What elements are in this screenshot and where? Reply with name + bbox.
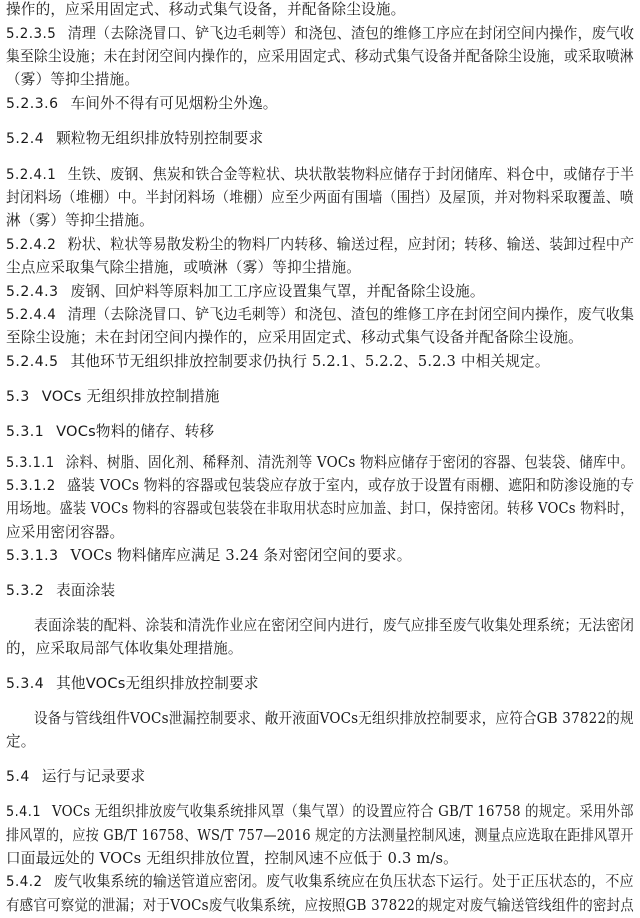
clause-number: 5.3.4 — [6, 676, 44, 692]
paragraph-line: 有感官可察觉的泄漏；对于VOCs废气收集系统，应按照GB 37822的规定对废气… — [6, 896, 587, 916]
paragraph-line: （雾）等抑尘措施。 — [6, 70, 634, 90]
clause-number: 5.2.4.2 — [6, 237, 56, 253]
clause-number: 5.3 — [6, 389, 30, 405]
clause-number: 5.2.4.3 — [6, 284, 58, 300]
line-text: 至除尘设施；未在封闭空间内操作的，应采用固定式、移动式集气设备并配备除尘设施。 — [6, 329, 583, 346]
clause-number: 5.2.4.4 — [6, 307, 56, 323]
line-text: VOCs 物料储库应满足 3.24 条对密闭空间的要求。 — [70, 547, 411, 564]
line-text: VOCs 无组织排放废气收集系统排风罩（集气罩）的设置应符合 GB/T 1675… — [52, 803, 634, 820]
line-text: 有感官可察觉的泄漏；对于VOCs废气收集系统，应按照GB 37822的规定对废气… — [6, 897, 634, 914]
paragraph-line: 尘点应采取集气除尘措施，或喷淋（雾）等抑尘措施。 — [6, 258, 634, 278]
line-text: 操作的，应采用固定式、移动式集气设备，并配备除尘设施。 — [6, 1, 405, 18]
clause-number: 5.2.3.6 — [6, 96, 58, 112]
line-text: 尘点应采取集气除尘措施，或喷淋（雾）等抑尘措施。 — [6, 259, 361, 276]
clause-number: 5.4 — [6, 769, 30, 785]
paragraph-line: 淋（雾）等抑尘措施。 — [6, 211, 634, 231]
paragraph-line: 定。 — [6, 732, 634, 752]
paragraph-line: 5.2.4.1生铁、废钢、焦炭和铁合金等粒状、块状散装物料应储存于封闭储库、料仓… — [6, 165, 607, 185]
section-heading: 5.3VOCs 无组织排放控制措施 — [6, 387, 634, 407]
line-text: 生铁、废钢、焦炭和铁合金等粒状、块状散装物料应储存于封闭储库、料仓中，或储存于半 — [68, 166, 634, 183]
line-text: 设备与管线组件VOCs泄漏控制要求、敞开液面VOCs无组织排放控制要求，应符合G… — [34, 710, 634, 727]
clause-number: 5.3.1.2 — [6, 478, 56, 494]
paragraph-line: 5.2.4.5其他环节无组织排放控制要求仍执行 5.2.1、5.2.2、5.2.… — [6, 352, 634, 372]
heading-title: 颗粒物无组织排放特别控制要求 — [56, 130, 263, 147]
paragraph-line: 5.2.4.3废钢、回炉料等原料加工工序应设置集气罩，并配备除尘设施。 — [6, 282, 634, 302]
clause-number: 5.2.4.1 — [6, 167, 56, 183]
section-heading: 5.4运行与记录要求 — [6, 767, 634, 787]
paragraph-line: 表面涂装的配料、涂装和清洗作业应在密闭空间内进行，废气应排至废气收集处理系统；无… — [34, 616, 600, 636]
paragraph-line: 5.2.4.2粉状、粒状等易散发粉尘的物料厂内转移、输送过程，应封闭；转移、输送… — [6, 235, 607, 255]
paragraph-line: 设备与管线组件VOCs泄漏控制要求、敞开液面VOCs无组织排放控制要求，应符合G… — [34, 709, 590, 729]
line-text: 粉状、粒状等易散发粉尘的物料厂内转移、输送过程，应封闭；转移、输送、装卸过程中产 — [68, 236, 634, 253]
clause-number: 5.3.2 — [6, 583, 44, 599]
heading-title: VOCs 无组织排放控制措施 — [42, 388, 220, 405]
line-text: 其他环节无组织排放控制要求仍执行 5.2.1、5.2.2、5.2.3 中相关规定… — [70, 353, 549, 370]
line-text: 定。 — [6, 733, 36, 750]
line-text: 应采用密闭容器。 — [6, 524, 124, 541]
line-text: 集至除尘设施；未在封闭空间内操作的，应采用固定式、移动式集气设备并配备除尘设施，… — [6, 48, 634, 65]
line-text: （雾）等抑尘措施。 — [6, 71, 139, 88]
paragraph-line: 5.2.3.5清理（去除浇冒口、铲飞边毛刺等）和浇包、渣包的维修工序应在封闭空间… — [6, 24, 607, 44]
paragraph-line: 应采用密闭容器。 — [6, 523, 634, 543]
heading-title: 其他VOCs无组织排放控制要求 — [56, 675, 259, 692]
clause-number: 5.4.1 — [6, 804, 41, 820]
line-text: 表面涂装的配料、涂装和清洗作业应在密闭空间内进行，废气应排至废气收集处理系统；无… — [34, 617, 634, 634]
clause-number: 5.2.3.5 — [6, 26, 56, 42]
line-text: 淋（雾）等抑尘措施。 — [6, 212, 154, 229]
paragraph-line: 5.4.1VOCs 无组织排放废气收集系统排风罩（集气罩）的设置应符合 GB/T… — [6, 802, 582, 822]
clause-number: 5.4.2 — [6, 874, 42, 890]
paragraph-line: 至除尘设施；未在封闭空间内操作的，应采用固定式、移动式集气设备并配备除尘设施。 — [6, 328, 634, 348]
section-heading: 5.2.4颗粒物无组织排放特别控制要求 — [6, 129, 634, 149]
clause-number: 5.3.1.1 — [6, 455, 55, 471]
paragraph-line: 排风罩的，应按 GB/T 16758、WS/T 757—2016 规定的方法测量… — [6, 826, 569, 846]
line-text: 用场地。盛装 VOCs 物料的容器或包装袋在非取用状态时应加盖、封口，保持密闭。… — [6, 500, 634, 517]
line-text: 废气收集系统的输送管道应密闭。废气收集系统应在负压状态下运行。处于正压状态的，不… — [54, 873, 634, 890]
paragraph-line: 的，应采取局部气体收集处理措施。 — [6, 639, 634, 659]
line-text: 清理（去除浇冒口、铲飞边毛刺等）和浇包、渣包的维修工序应在封闭空间内操作，废气收 — [68, 25, 634, 42]
line-text: 盛装 VOCs 物料的容器或包装袋应存放于室内，或存放于设置有雨棚、遮阳和防渗设… — [67, 477, 634, 494]
heading-title: 表面涂装 — [56, 582, 115, 599]
line-text: 车间外不得有可见烟粉尘外逸。 — [70, 95, 277, 112]
clause-number: 5.2.4.5 — [6, 354, 58, 370]
clause-number: 5.2.4 — [6, 131, 44, 147]
line-text: 的，应采取局部气体收集处理措施。 — [6, 640, 243, 657]
paragraph-line: 5.2.4.4清理（去除浇冒口、铲飞边毛刺等）和浇包、渣包的维修工序在封闭空间内… — [6, 305, 607, 325]
line-text: 涂料、树脂、固化剂、稀释剂、清洗剂等 VOCs 物料应储存于密闭的容器、包装袋、… — [66, 454, 634, 471]
heading-title: VOCs物料的储存、转移 — [56, 423, 214, 440]
paragraph-line: 用场地。盛装 VOCs 物料的容器或包装袋在非取用状态时应加盖、封口，保持密闭。… — [6, 499, 573, 519]
clause-number: 5.3.1 — [6, 424, 44, 440]
clause-number: 5.3.1.3 — [6, 548, 58, 564]
paragraph-line: 集至除尘设施；未在封闭空间内操作的，应采用固定式、移动式集气设备并配备除尘设施，… — [6, 47, 598, 67]
paragraph-line: 5.3.1.3VOCs 物料储库应满足 3.24 条对密闭空间的要求。 — [6, 546, 634, 566]
paragraph-line: 5.3.1.1涂料、树脂、固化剂、稀释剂、清洗剂等 VOCs 物料应储存于密闭的… — [6, 453, 588, 473]
paragraph-line: 5.2.3.6车间外不得有可见烟粉尘外逸。 — [6, 94, 634, 114]
section-heading: 5.3.1VOCs物料的储存、转移 — [6, 422, 634, 442]
heading-title: 运行与记录要求 — [42, 768, 146, 785]
section-heading: 5.3.4其他VOCs无组织排放控制要求 — [6, 674, 634, 694]
paragraph-line: 5.4.2废气收集系统的输送管道应密闭。废气收集系统应在负压状态下运行。处于正压… — [6, 872, 606, 892]
line-text: 废钢、回炉料等原料加工工序应设置集气罩，并配备除尘设施。 — [70, 283, 484, 300]
paragraph-line: 封闭料场（堆棚）中。半封闭料场（堆棚）应至少两面有围墙（围挡）及屋顶，并对物料采… — [6, 188, 598, 208]
paragraph-line: 口面最远处的 VOCs 无组织排放位置，控制风速不应低于 0.3 m/s。 — [6, 849, 634, 869]
line-text: 封闭料场（堆棚）中。半封闭料场（堆棚）应至少两面有围墙（围挡）及屋顶，并对物料采… — [6, 189, 634, 206]
paragraph-line: 5.3.1.2盛装 VOCs 物料的容器或包装袋应存放于室内，或存放于设置有雨棚… — [6, 476, 601, 496]
line-text: 排风罩的，应按 GB/T 16758、WS/T 757—2016 规定的方法测量… — [6, 827, 634, 844]
section-heading: 5.3.2表面涂装 — [6, 581, 634, 601]
line-text: 清理（去除浇冒口、铲飞边毛刺等）和浇包、渣包的维修工序在封闭空间内操作，废气收集 — [68, 306, 634, 323]
line-text: 口面最远处的 VOCs 无组织排放位置，控制风速不应低于 0.3 m/s。 — [6, 850, 458, 867]
paragraph-line: 操作的，应采用固定式、移动式集气设备，并配备除尘设施。 — [6, 0, 634, 20]
